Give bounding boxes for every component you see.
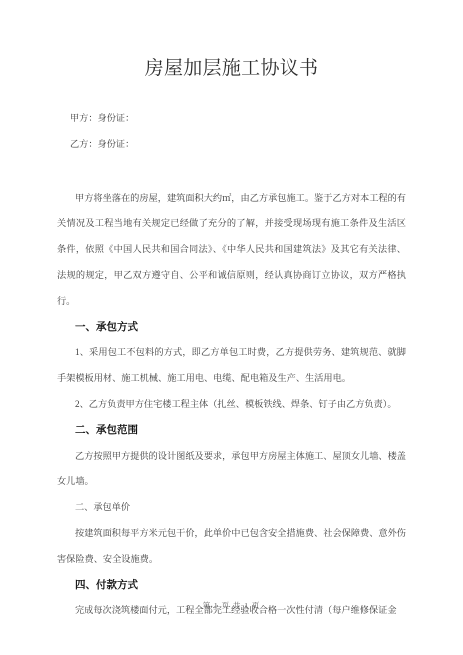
section-3-heading: 二、承包单价: [57, 495, 406, 521]
section-1-heading: 一、承包方式: [57, 315, 406, 341]
intro-paragraph: 甲方将坐落在的房屋，建筑面积大约㎡，由乙方承包施工。鉴于乙方对本工程的有关情况及…: [57, 186, 406, 315]
document-page: 房屋加层施工协议书 甲方：身份证： 乙方：身份证： 甲方将坐落在的房屋，建筑面积…: [0, 0, 463, 655]
page-number-footer: 第 1 页 共 1 页: [0, 600, 463, 612]
section-1-paragraph-2: 2、乙方负责甲方住宅楼工程主体（扎丝、模板铁线、焊条、钉子由乙方负责）。: [57, 392, 406, 418]
section-2-heading: 二、承包范围: [57, 418, 406, 444]
document-content: 房屋加层施工协议书 甲方：身份证： 乙方：身份证： 甲方将坐落在的房屋，建筑面积…: [57, 0, 406, 624]
section-3-paragraph-1: 按建筑面积每平方米元包干价，此单价中已包含安全措施费、社会保障费、意外伤害保险费…: [57, 521, 406, 573]
document-title: 房屋加层施工协议书: [57, 0, 406, 81]
party-b-line: 乙方：身份证：: [57, 132, 406, 158]
party-a-line: 甲方：身份证：: [57, 106, 406, 132]
section-1-paragraph-1: 1、采用包工不包料的方式，即乙方单包工时费，乙方提供劳务、建筑规范、就脚手架模板…: [57, 340, 406, 392]
section-4-heading: 四、付款方式: [57, 573, 406, 599]
section-2-paragraph-1: 乙方按照甲方提供的设计图纸及要求，承包甲方房屋主体施工、屋顶女儿墙、楼盖女儿墙。: [57, 444, 406, 496]
